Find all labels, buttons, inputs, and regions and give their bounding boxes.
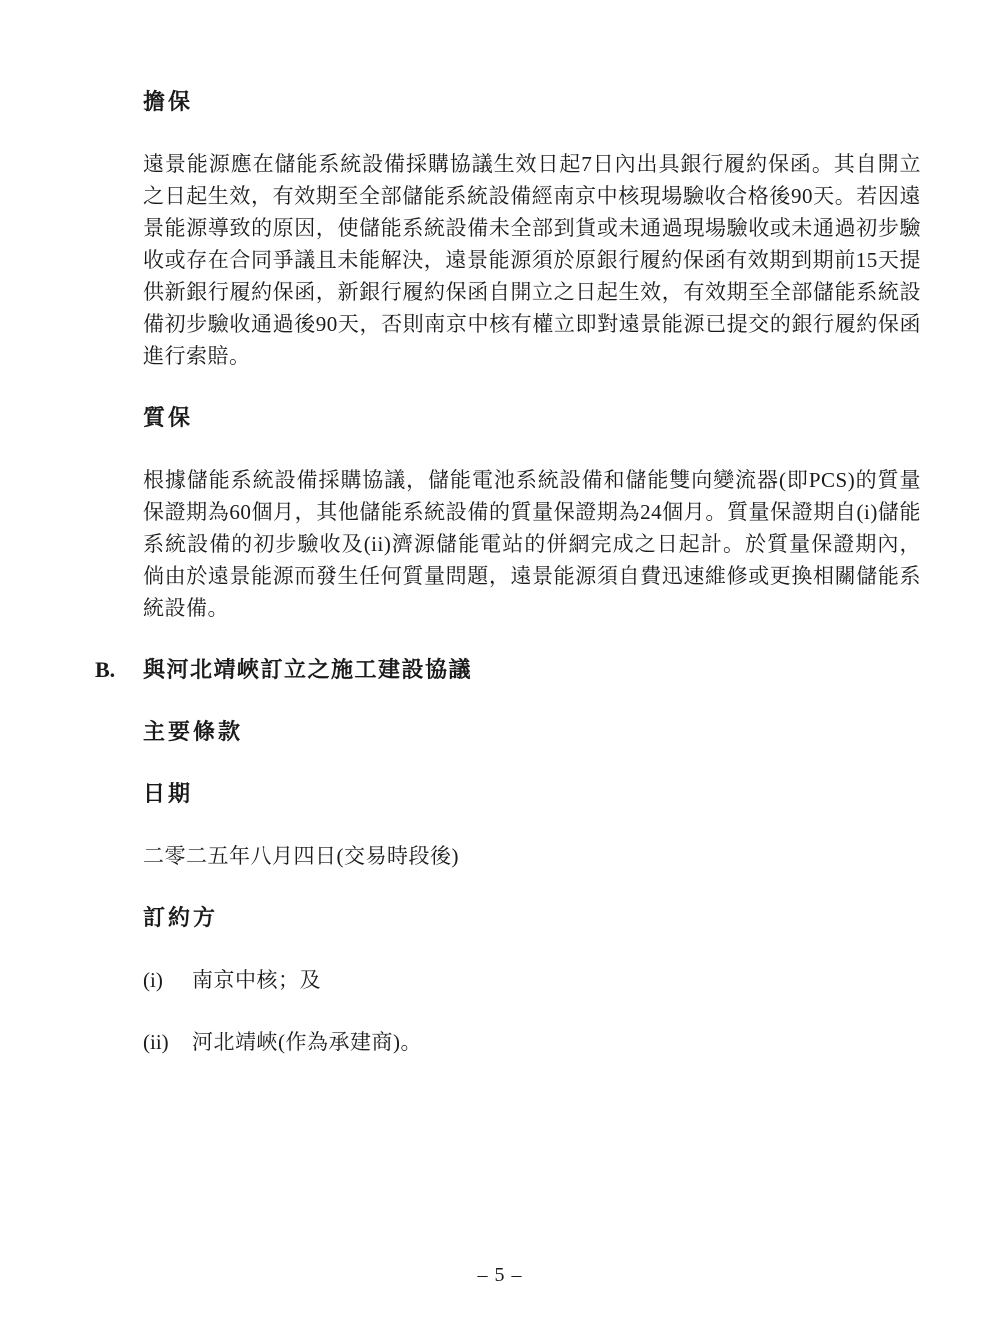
section-b-heading: B. 與河北靖峽訂立之施工建設協議 xyxy=(95,654,921,686)
principal-terms-heading: 主要條款 xyxy=(143,716,921,748)
party-item-1: (i) 南京中核；及 xyxy=(143,964,921,996)
party-item-2-label: (ii) xyxy=(143,1026,192,1058)
date-heading: 日期 xyxy=(143,778,921,810)
party-item-2: (ii) 河北靖峽(作為承建商)。 xyxy=(143,1026,921,1058)
section-b-label: B. xyxy=(95,654,143,686)
party-item-1-text: 南京中核；及 xyxy=(192,964,321,996)
guarantee-paragraph: 遠景能源應在儲能系統設備採購協議生效日起7日內出具銀行履約保函。其自開立之日起生… xyxy=(143,148,921,372)
warranty-heading: 質保 xyxy=(143,402,921,434)
page-footer: – 5 – xyxy=(0,1264,1000,1287)
page-content: 擔保 遠景能源應在儲能系統設備採購協議生效日起7日內出具銀行履約保函。其自開立之… xyxy=(143,0,921,1058)
warranty-paragraph: 根據儲能系統設備採購協議，儲能電池系統設備和儲能雙向變流器(即PCS)的質量保證… xyxy=(143,464,921,624)
document-page: 擔保 遠景能源應在儲能系統設備採購協議生效日起7日內出具銀行履約保函。其自開立之… xyxy=(0,0,1000,1334)
guarantee-heading: 擔保 xyxy=(143,86,921,118)
party-item-1-label: (i) xyxy=(143,964,192,996)
date-value: 二零二五年八月四日(交易時段後) xyxy=(143,840,921,872)
parties-heading: 訂約方 xyxy=(143,902,921,934)
section-b-title: 與河北靖峽訂立之施工建設協議 xyxy=(143,654,472,686)
page-number: – 5 – xyxy=(478,1264,523,1286)
party-item-2-text: 河北靖峽(作為承建商)。 xyxy=(192,1026,422,1058)
